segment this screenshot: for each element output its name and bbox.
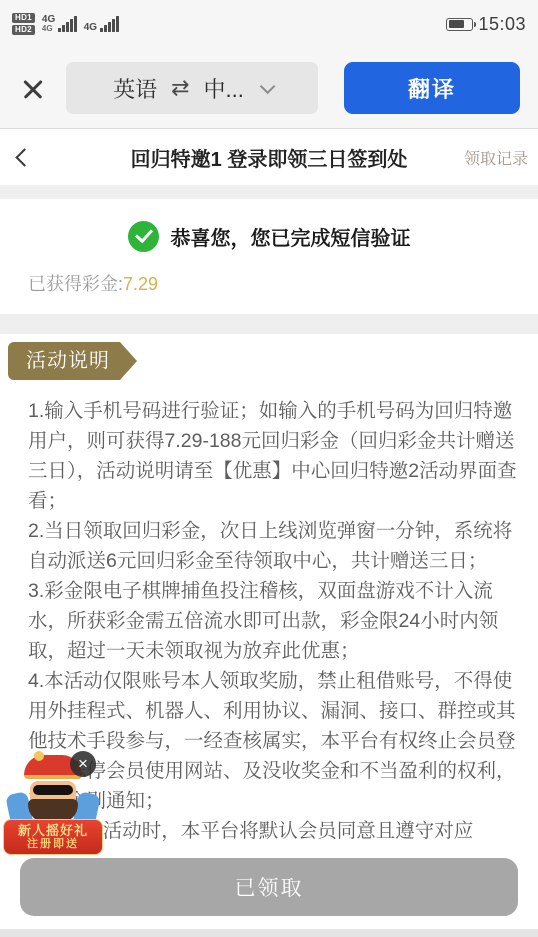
page-header: 回归特邀1 登录即领三日签到处 领取记录	[0, 129, 538, 185]
translate-button[interactable]: 翻译	[344, 62, 520, 114]
status-bar: HD1 HD2 4G 4G 4G 15:03	[0, 0, 538, 48]
bonus-amount: 7.29	[123, 274, 158, 294]
activity-ribbon-badge: 活动说明	[8, 342, 120, 380]
sim2-signal: 4G	[84, 16, 119, 33]
page-title: 回归特邀1 登录即领三日签到处	[0, 143, 538, 172]
source-language-label: 英语	[113, 73, 157, 104]
promo-close-icon[interactable]: ×	[70, 751, 96, 777]
promo-banner-line2: 注册即送	[27, 838, 79, 851]
terms-line: 看；	[28, 486, 510, 516]
divider-band	[0, 314, 538, 334]
status-right: 15:03	[446, 14, 526, 35]
terms-line: 3.彩金限电子棋牌捕鱼投注稽核，双面盘游戏不计入流	[28, 576, 510, 606]
terms-line: 自动派送6元回归彩金至待领取中心，共计赠送三日；	[28, 546, 510, 576]
terms-line: 用外挂程式、机器人、利用协议、漏洞、接口、群控或其	[28, 696, 510, 726]
promo-sticker[interactable]: × 新人摇好礼 注册即送	[2, 751, 104, 855]
hd2-badge: HD2	[12, 25, 35, 35]
translate-bar: 英语 ⇄ 中... 翻译	[0, 48, 538, 129]
swap-languages-icon[interactable]: ⇄	[171, 75, 189, 101]
claim-button[interactable]: 已领取	[20, 858, 518, 916]
signal-bars-icon	[100, 16, 119, 33]
terms-line: 取，超过一天未领取视为放弃此优惠；	[28, 636, 510, 666]
sim2-network-type: 4G	[84, 23, 97, 33]
signal-bars-icon	[58, 16, 77, 33]
promo-banner-line1: 新人摇好礼	[18, 823, 88, 838]
terms-line: 水，所获彩金需五倍流水即可出款，彩金限24小时内领	[28, 606, 510, 636]
target-language-label: 中...	[204, 73, 244, 104]
battery-icon	[446, 18, 473, 31]
divider-band	[0, 185, 538, 199]
sim-badges: HD1 HD2	[12, 13, 35, 35]
sms-success-card: 恭喜您，您已完成短信验证 已获得彩金:7.29	[10, 199, 528, 314]
sim1-signal: 4G 4G	[42, 15, 77, 33]
clock: 15:03	[478, 14, 526, 35]
check-circle-icon	[128, 221, 159, 252]
status-left: HD1 HD2 4G 4G 4G	[12, 13, 119, 35]
terms-line: 1.输入手机号码进行验证；如输入的手机号码为回归特邀	[28, 396, 510, 426]
success-message: 恭喜您，您已完成短信验证	[171, 222, 411, 251]
sim1-network-type-2: 4G	[42, 25, 53, 33]
hd1-badge: HD1	[12, 13, 35, 23]
close-icon[interactable]	[18, 73, 48, 103]
terms-line: 用户，则可获得7.29-188元回归彩金（回归彩金共计赠送	[28, 426, 510, 456]
promo-banner: 新人摇好礼 注册即送	[3, 819, 103, 855]
terms-line: 三日），活动说明请至【优惠】中心回归特邀2活动界面查	[28, 456, 510, 486]
chevron-down-icon	[260, 78, 276, 94]
bonus-label: 已获得彩金:	[28, 274, 123, 294]
terms-line: 2.当日领取回归彩金，次日上线浏览弹窗一分钟，系统将	[28, 516, 510, 546]
language-selector[interactable]: 英语 ⇄ 中...	[66, 62, 318, 114]
terms-line: 4.本活动仅限账号本人领取奖励，禁止租借账号，不得使	[28, 666, 510, 696]
bottom-strip	[0, 929, 538, 937]
claim-records-link[interactable]: 领取记录	[464, 146, 528, 169]
